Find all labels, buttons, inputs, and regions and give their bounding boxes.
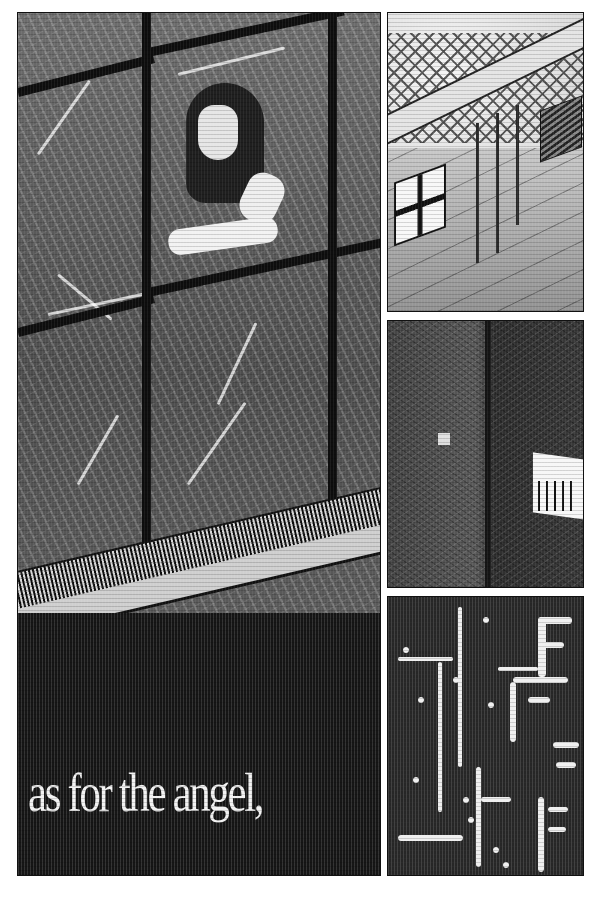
wall-pillar bbox=[476, 123, 479, 263]
small-lit-window bbox=[438, 433, 450, 445]
city-light-dot bbox=[413, 777, 419, 783]
panel-building-night bbox=[387, 320, 584, 588]
dark-wall bbox=[18, 613, 380, 876]
city-light-dot bbox=[403, 647, 409, 653]
city-light bbox=[553, 742, 579, 748]
city-light bbox=[528, 697, 550, 703]
city-light-dot bbox=[493, 847, 499, 853]
panel-rooftop bbox=[387, 12, 584, 312]
panel-window-scene: as for the angel, bbox=[17, 12, 381, 876]
city-light bbox=[438, 662, 442, 812]
city-light-dot bbox=[468, 817, 474, 823]
city-light bbox=[538, 642, 564, 648]
city-light bbox=[548, 807, 568, 812]
city-light bbox=[556, 762, 576, 768]
window-silhouettes bbox=[538, 481, 578, 511]
wall-pillar bbox=[516, 105, 519, 225]
window-mullion bbox=[328, 13, 337, 508]
building-corner-edge bbox=[485, 321, 491, 587]
city-light bbox=[398, 835, 463, 841]
caption-text: as for the angel, bbox=[28, 765, 301, 820]
city-light bbox=[513, 677, 568, 683]
city-light bbox=[548, 827, 566, 832]
city-light-dot bbox=[483, 617, 489, 623]
city-light bbox=[498, 667, 538, 671]
city-light bbox=[481, 797, 511, 802]
city-light-dot bbox=[488, 702, 494, 708]
woman-figure-illustration bbox=[168, 83, 318, 263]
city-light-dot bbox=[503, 862, 509, 868]
city-light-dot bbox=[463, 797, 469, 803]
city-light bbox=[538, 797, 544, 872]
city-light bbox=[458, 607, 462, 767]
wall-pillar bbox=[496, 113, 499, 253]
panel-city-lights bbox=[387, 596, 584, 876]
city-light bbox=[538, 617, 572, 624]
city-light bbox=[476, 767, 481, 867]
city-light bbox=[510, 682, 516, 742]
city-light bbox=[398, 657, 453, 661]
city-light-dot bbox=[418, 697, 424, 703]
city-night-illustration bbox=[388, 597, 583, 875]
city-light-dot bbox=[453, 677, 459, 683]
